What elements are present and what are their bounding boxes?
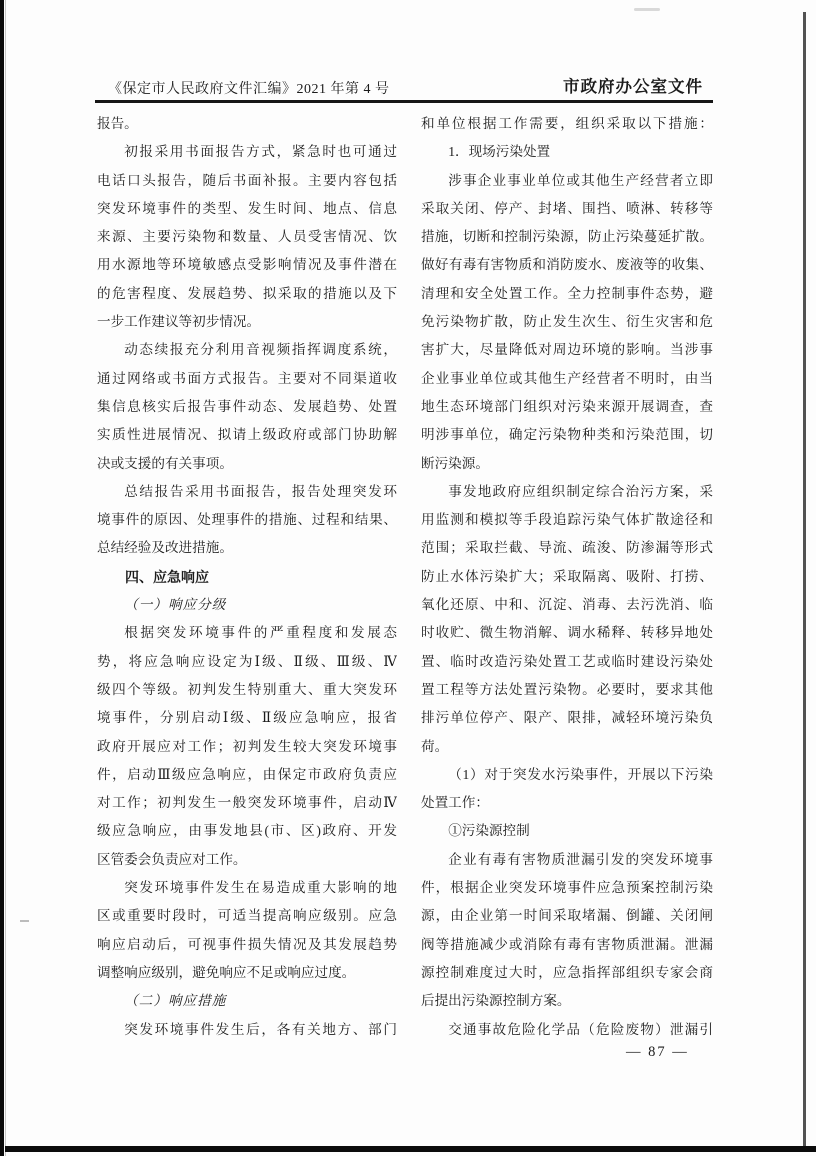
text-line: 置工程等方法处置污染物。必要时，要求其他 [421,676,713,704]
scan-edge-right-line [803,12,806,1152]
text-line: 集信息核实后报告事件动态、发展趋势、处置 [97,393,397,421]
scanned-document-page: 《保定市人民政府文件汇编》2021 年第 4 号 市政府办公室文件 报告。初报采… [0,0,816,1156]
text-line: 事发地政府应组织制定综合治污方案，采 [421,478,713,506]
text-line: 动态续报充分利用音视频指挥调度系统， [97,336,397,364]
text-line: 用水源地等环境敏感点受影响情况及事件潜在 [97,251,397,279]
text-line: 明涉事单位，确定污染物种类和污染范围，切 [421,421,713,449]
text-line: 级四个等级。初判发生特别重大、重大突发环 [97,676,397,704]
text-line: 件，启动Ⅲ级应急响应，由保定市政府负责应 [97,761,397,789]
text-line: 防止水体污染扩大；采取隔离、吸附、打捞、 [421,563,713,591]
text-line: 来源、主要污染物和数量、人员受害情况、饮 [97,223,397,251]
text-line: 调整响应级别，避免响应不足或响应过度。 [97,959,397,987]
scan-speck [20,920,29,922]
text-line: 断污染源。 [421,450,713,478]
scan-speck [634,8,660,11]
page-number: — 87 — [626,1044,689,1061]
scan-edge-left [0,0,4,1156]
text-line: 阀等措施减少或消除有毒有害物质泄漏。泄漏 [421,931,713,959]
text-line: 置、临时改造污染处置工艺或临时建设污染处 [421,648,713,676]
text-line: 和单位根据工作需要，组织采取以下措施： [421,110,713,138]
text-line: 排污单位停产、限产、限排，减轻环境污染负 [421,704,713,732]
text-line: 件，根据企业突发环境事件应急预案控制污染 [421,874,713,902]
text-line: 电话口头报告，随后书面补报。主要内容包括 [97,167,397,195]
text-line: 总结经验及改进措施。 [97,534,397,562]
header-publication-title: 《保定市人民政府文件汇编》2021 年第 4 号 [108,78,390,98]
text-line: 四、应急响应 [97,563,397,591]
text-line: ①污染源控制 [421,817,713,845]
text-line: 突发环境事件发生在易造成重大影响的地 [97,874,397,902]
text-column-right: 和单位根据工作需要，组织采取以下措施：1．现场污染处置涉事企业事业单位或其他生产… [421,110,713,1044]
scan-edge-left-line [5,0,6,1156]
text-line: （一）响应分级 [97,591,397,619]
text-line: 措施，切断和控制污染源，防止污染蔓延扩散。 [421,223,713,251]
text-line: 企业事业单位或其他生产经营者不明时，由当 [421,365,713,393]
text-line: 境事件，分别启动Ⅰ级、Ⅱ级应急响应，报省 [97,704,397,732]
text-line: 政府开展应对工作；初判发生较大突发环境事 [97,733,397,761]
text-line: 用监测和模拟等手段追踪污染气体扩散途径和 [421,506,713,534]
text-line: 响应启动后，可视事件损失情况及其发展趋势 [97,931,397,959]
text-line: 境事件的原因、处理事件的措施、过程和结果、 [97,506,397,534]
header-document-category: 市政府办公室文件 [563,73,703,97]
text-line: 免污染物扩散，防止发生次生、衍生灾害和危 [421,308,713,336]
text-line: 突发环境事件的类型、发生时间、地点、信息 [97,195,397,223]
text-line: 一步工作建议等初步情况。 [97,308,397,336]
header-rule [95,100,713,103]
text-line: 势，将应急响应设定为Ⅰ级、Ⅱ级、Ⅲ级、Ⅳ [97,648,397,676]
text-line: 涉事企业事业单位或其他生产经营者立即 [421,167,713,195]
text-line: 源，由企业第一时间采取堵漏、倒罐、关闭闸 [421,902,713,930]
text-line: （1）对于突发水污染事件，开展以下污染 [421,761,713,789]
text-line: 的危害程度、发展趋势、拟采取的措施以及下 [97,280,397,308]
text-line: 氧化还原、中和、沉淀、消毒、去污洗消、临 [421,591,713,619]
text-line: 做好有毒有害物质和消防废水、废液等的收集、 [421,251,713,279]
text-line: 荷。 [421,733,713,761]
text-line: 区或重要时段时，可适当提高响应级别。应急 [97,902,397,930]
text-line: 通过网络或书面方式报告。主要对不同渠道收 [97,365,397,393]
text-line: 区管委会负责应对工作。 [97,846,397,874]
text-line: 时收贮、微生物消解、调水稀释、转移异地处 [421,619,713,647]
text-line: 总结报告采用书面报告，报告处理突发环 [97,478,397,506]
text-line: 1．现场污染处置 [421,138,713,166]
text-line: 采取关闭、停产、封堵、围挡、喷淋、转移等 [421,195,713,223]
text-line: 处置工作： [421,789,713,817]
text-line: （二）响应措施 [97,987,397,1015]
text-line: 决或支援的有关事项。 [97,450,397,478]
text-line: 根据突发环境事件的严重程度和发展态 [97,619,397,647]
text-column-left: 报告。初报采用书面报告方式，紧急时也可通过电话口头报告，随后书面补报。主要内容包… [97,110,397,1044]
text-line: 企业有毒有害物质泄漏引发的突发环境事 [421,846,713,874]
text-line: 突发环境事件发生后，各有关地方、部门 [97,1016,397,1044]
text-line: 地生态环境部门组织对污染来源开展调查，查 [421,393,713,421]
scan-edge-bottom [5,1146,816,1152]
text-line: 清理和安全处置工作。全力控制事件态势，避 [421,280,713,308]
text-line: 害扩大，尽量降低对周边环境的影响。当涉事 [421,336,713,364]
text-line: 级应急响应，由事发地县(市、区)政府、开发 [97,817,397,845]
text-line: 报告。 [97,110,397,138]
text-line: 交通事故危险化学品（危险废物）泄漏引 [421,1016,713,1044]
text-line: 源控制难度过大时，应急指挥部组织专家会商 [421,959,713,987]
text-line: 范围；采取拦截、导流、疏浚、防渗漏等形式 [421,534,713,562]
text-line: 后提出污染源控制方案。 [421,987,713,1015]
text-line: 实质性进展情况、拟请上级政府或部门协助解 [97,421,397,449]
text-line: 对工作；初判发生一般突发环境事件，启动Ⅳ [97,789,397,817]
text-line: 初报采用书面报告方式，紧急时也可通过 [97,138,397,166]
